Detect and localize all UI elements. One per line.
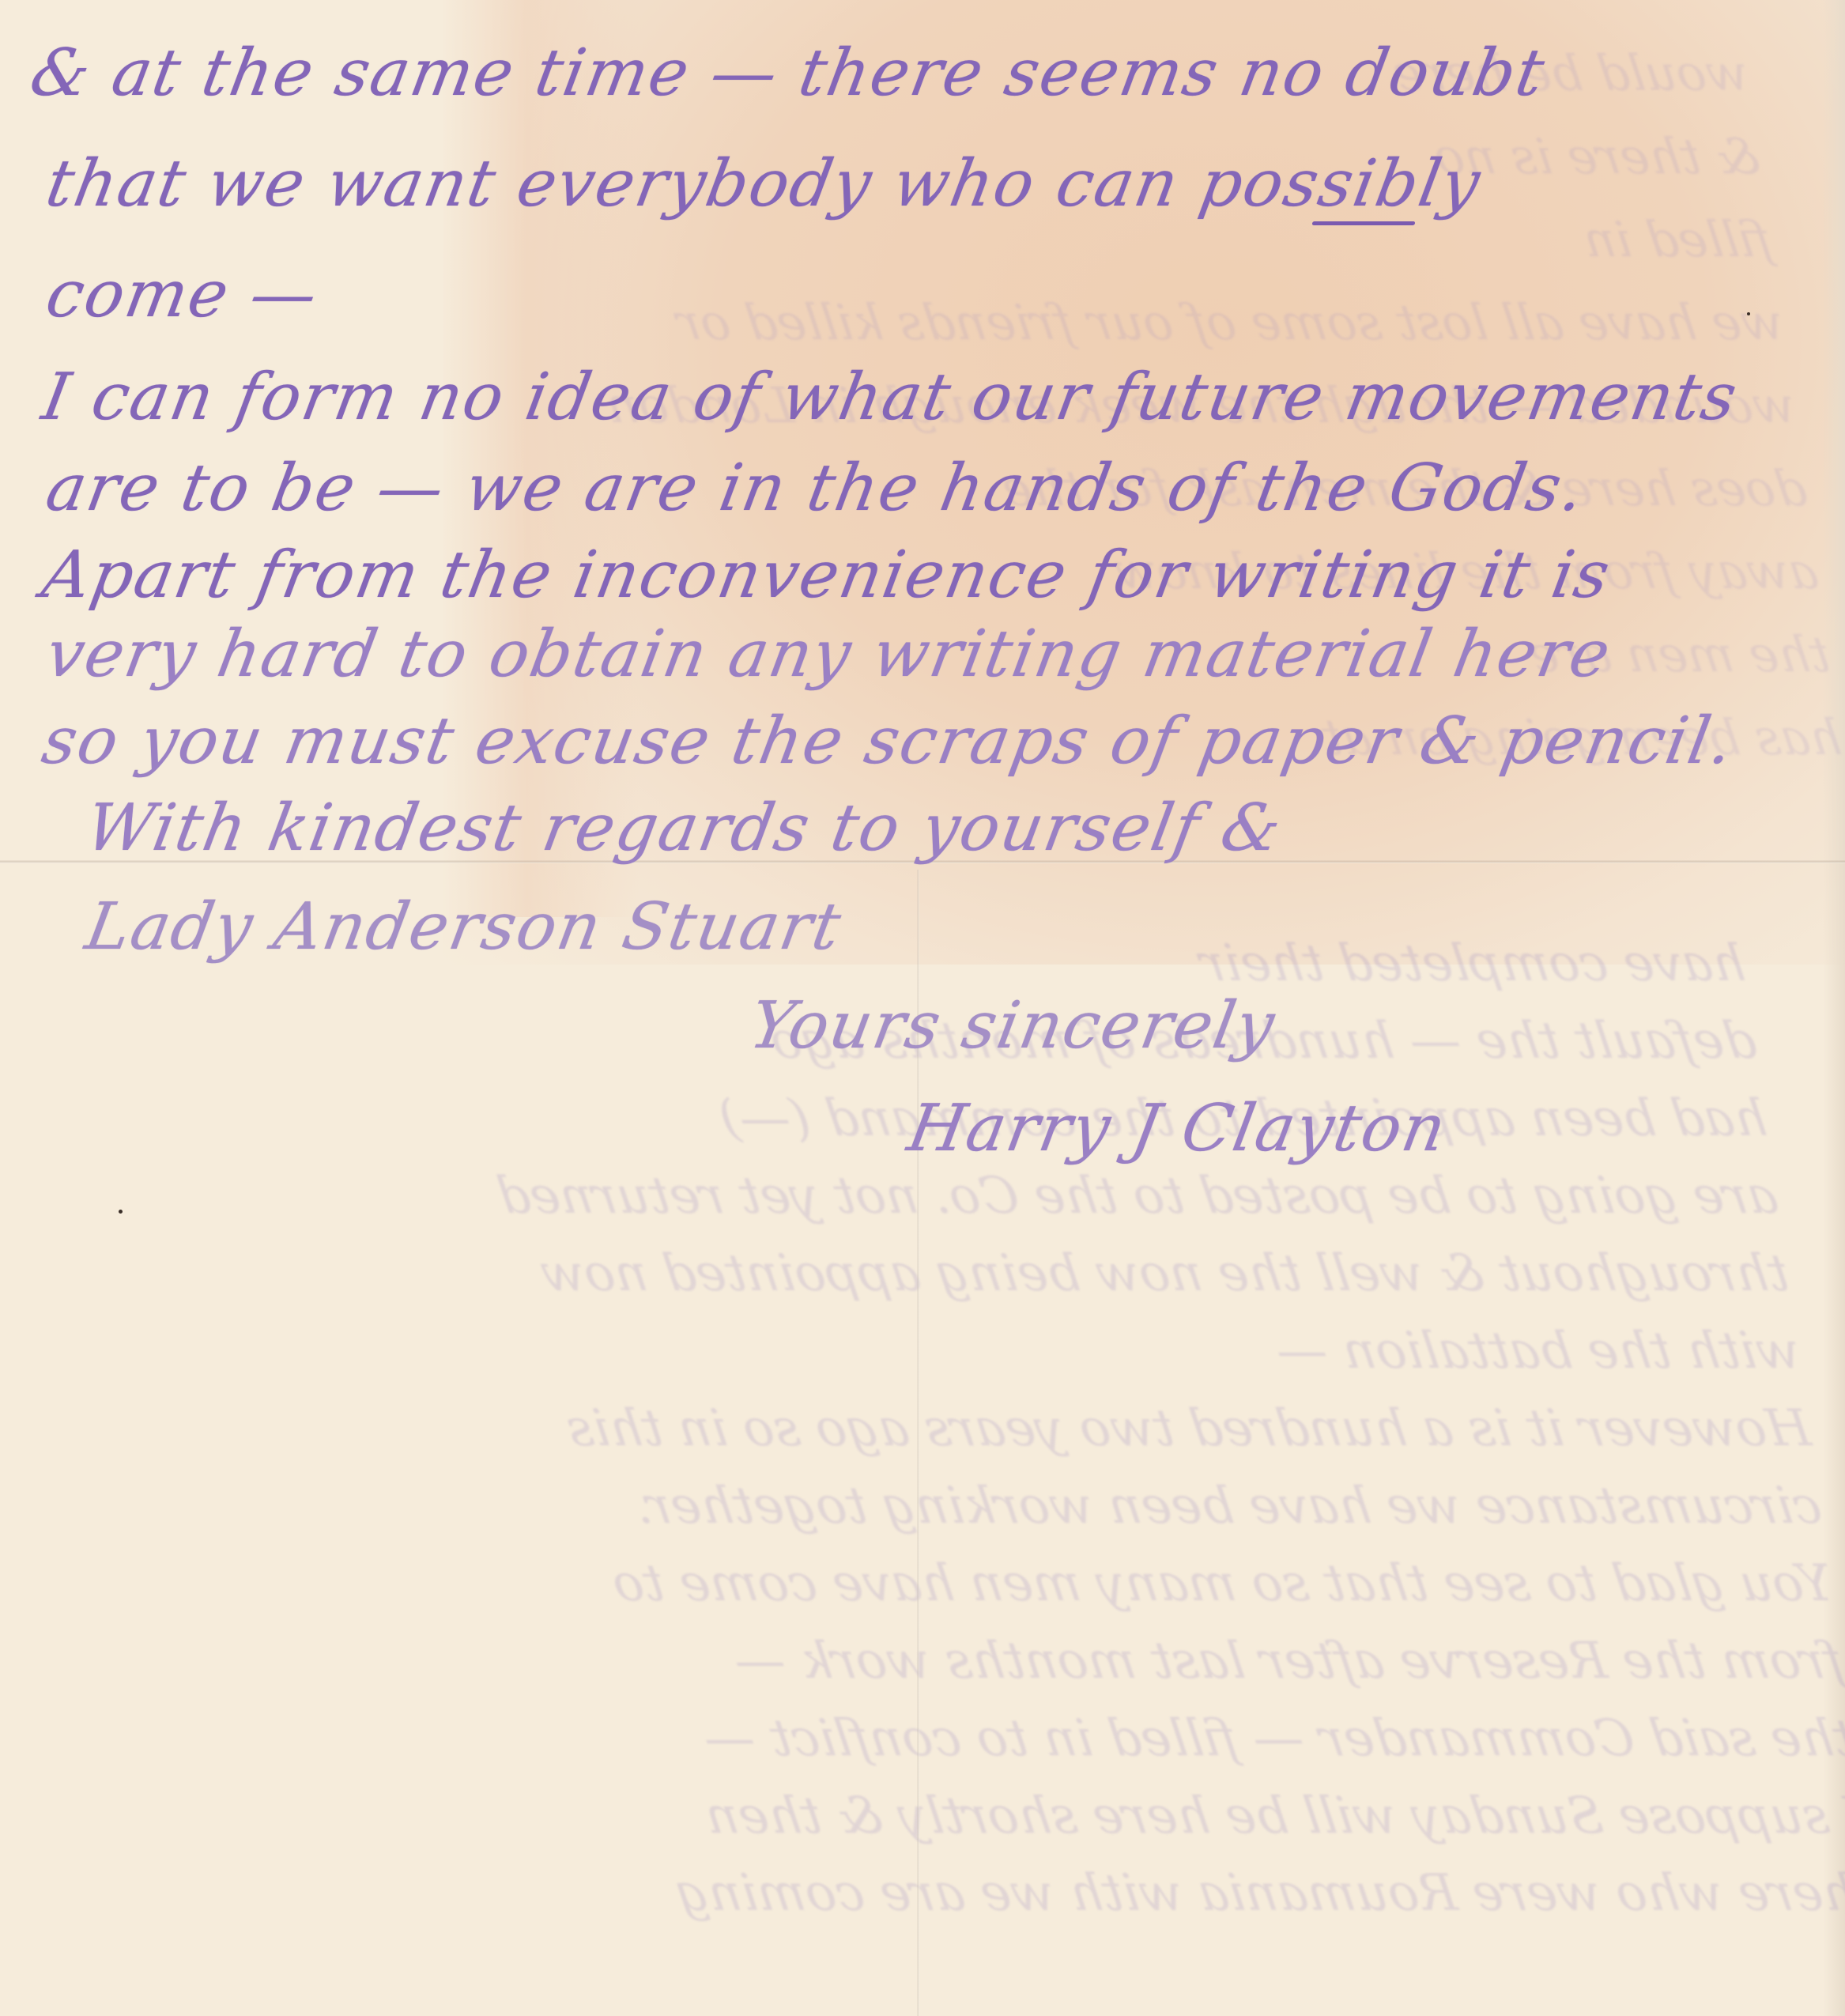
letter-line-5: are to be — we are in the hands of the G… [41,451,1591,526]
letter-closing: Yours sincerely [745,988,1281,1063]
paper-speck [1747,312,1750,315]
underline-can [1312,221,1416,225]
letter-line-3: come — [41,257,324,332]
letter-line-8: so you must excuse the scraps of paper &… [37,704,1741,779]
letter-signature: Harry J Clayton [903,1091,1453,1166]
letter-line-6: Apart from the inconvenience for writing… [37,538,1617,613]
paper-speck [119,1210,123,1214]
letter-body: & at the same time — there seems no doub… [0,0,1845,2016]
letter-line-2: that we want everybody who can possibly [41,146,1487,221]
letter-line-10: Lady Anderson Stuart [81,889,848,965]
letter-line-1: & at the same time — there seems no doub… [25,36,1551,111]
letter-line-4: I can form no idea of what our future mo… [37,360,1744,435]
letter-line-7: very hard to obtain any writing material… [41,617,1617,692]
letter-line-9: With kindest regards to yourself & [81,791,1288,866]
